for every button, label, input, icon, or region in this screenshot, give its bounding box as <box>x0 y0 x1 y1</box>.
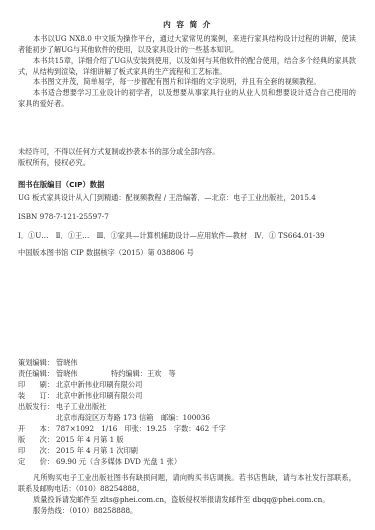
printing-value: 北京中新伟业印刷有限公司 <box>56 380 142 391</box>
summary-paragraph-4: 本书适合想要学习工业设计的初学者，以及想要从事家具行业的从业人员和想要设计适合自… <box>18 88 356 109</box>
publisher-value: 电子工业出版社 <box>56 402 106 413</box>
format-value: 787×1092 1/16 印张：19.25 字数：462 千字 <box>56 424 226 435</box>
address-row: 北京市海淀区万寿路 173 信箱邮编：100036 <box>18 413 210 424</box>
summary-paragraph-2: 本书共15章，详细介绍了UG从安装到使用，以及如何与其他软件的配合使用，结合多个… <box>18 56 356 77</box>
publisher-label: 出版发行： <box>18 402 56 413</box>
format-row: 开 本：787×1092 1/16 印张：19.25 字数：462 千字 <box>18 424 226 435</box>
copyright-notice: 未经许可，不得以任何方式复制或抄袭本书的部分或全部内容。 <box>18 147 219 158</box>
cip-classification: Ⅰ．①U… Ⅱ．①王… Ⅲ．①家具—计算机辅助设计—应用软件—教材 Ⅳ．① TS… <box>18 231 325 242</box>
special-editor-label: 特约编辑： <box>111 369 147 380</box>
responsible-editor-row: 责任编辑：管晓伟特约编辑：王欢 等 <box>18 369 176 380</box>
publisher-address: 北京市海淀区万寿路 173 信箱 <box>56 413 161 424</box>
price-value: 69.90 元（含多媒体 DVD 光盘 1 张） <box>56 457 181 468</box>
printing-label: 印 刷： <box>18 380 56 391</box>
special-editor-value: 王欢 等 <box>147 369 176 380</box>
summary-paragraph-3: 本书图文并茂，简单易学，每一步都配有图片和详细的文字说明，并且有全套的视频教程。 <box>18 77 356 88</box>
planning-editor-value: 管晓伟 <box>56 358 78 369</box>
edition-value: 2015 年 4 月第 1 版 <box>56 435 124 446</box>
binding-row: 装 订：北京中新伟业印刷有限公司 <box>18 391 142 402</box>
binding-label: 装 订： <box>18 391 56 402</box>
responsible-editor-value: 管晓伟 <box>56 369 111 380</box>
rights-reserved: 版权所有，侵权必究。 <box>18 158 90 169</box>
impression-value: 2015 年 4 月第 1 次印刷 <box>56 446 138 457</box>
defect-notice: 凡所购买电子工业出版社图书有缺损问题，请向购买书店调换。若书店售缺，请与本社发行… <box>18 473 356 494</box>
responsible-editor-label: 责任编辑： <box>18 369 56 380</box>
printing-row: 印 刷：北京中新伟业印刷有限公司 <box>18 380 142 391</box>
isbn: ISBN 978-7-121-25597-7 <box>18 212 109 223</box>
copyright-page: 内 容 简 介 本书以UG NX8.0 中文版为操作平台，通过大家常见的案例，来… <box>0 0 375 530</box>
cip-title: 图书在版编目（CIP）数据 <box>18 180 104 191</box>
cip-verification: 中国版本图书馆 CIP 数据核字（2015）第 038806 号 <box>18 248 194 259</box>
publisher-row: 出版发行：电子工业出版社 <box>18 402 106 413</box>
impression-row: 印 次：2015 年 4 月第 1 次印刷 <box>18 446 138 457</box>
price-row: 定 价：69.90 元（含多媒体 DVD 光盘 1 张） <box>18 457 181 468</box>
summary-paragraph-1: 本书以UG NX8.0 中文版为操作平台，通过大家常见的案例，来进行家具结构设计… <box>18 34 356 55</box>
impression-label: 印 次： <box>18 446 56 457</box>
edition-label: 版 次： <box>18 435 56 446</box>
summary-title: 内 容 简 介 <box>0 20 375 31</box>
planning-editor-label: 策划编辑： <box>18 358 56 369</box>
cip-record: UG 板式家具设计从入门到精通：配视频教程 / 王浩编著．—北京：电子工业出版社… <box>18 193 316 204</box>
service-hotline: 服务热线：（010）88258888。 <box>33 506 137 517</box>
format-label: 开 本： <box>18 424 56 435</box>
planning-editor-row: 策划编辑：管晓伟 <box>18 358 78 369</box>
binding-value: 北京中新伟业印刷有限公司 <box>56 391 142 402</box>
complaint-email: 质量投诉请发邮件至 zlts@phei.com.cn，盗版侵权举报请发邮件至 d… <box>33 495 330 506</box>
edition-row: 版 次：2015 年 4 月第 1 版 <box>18 435 124 446</box>
postcode: 邮编：100036 <box>161 413 210 424</box>
price-label: 定 价： <box>18 457 56 468</box>
